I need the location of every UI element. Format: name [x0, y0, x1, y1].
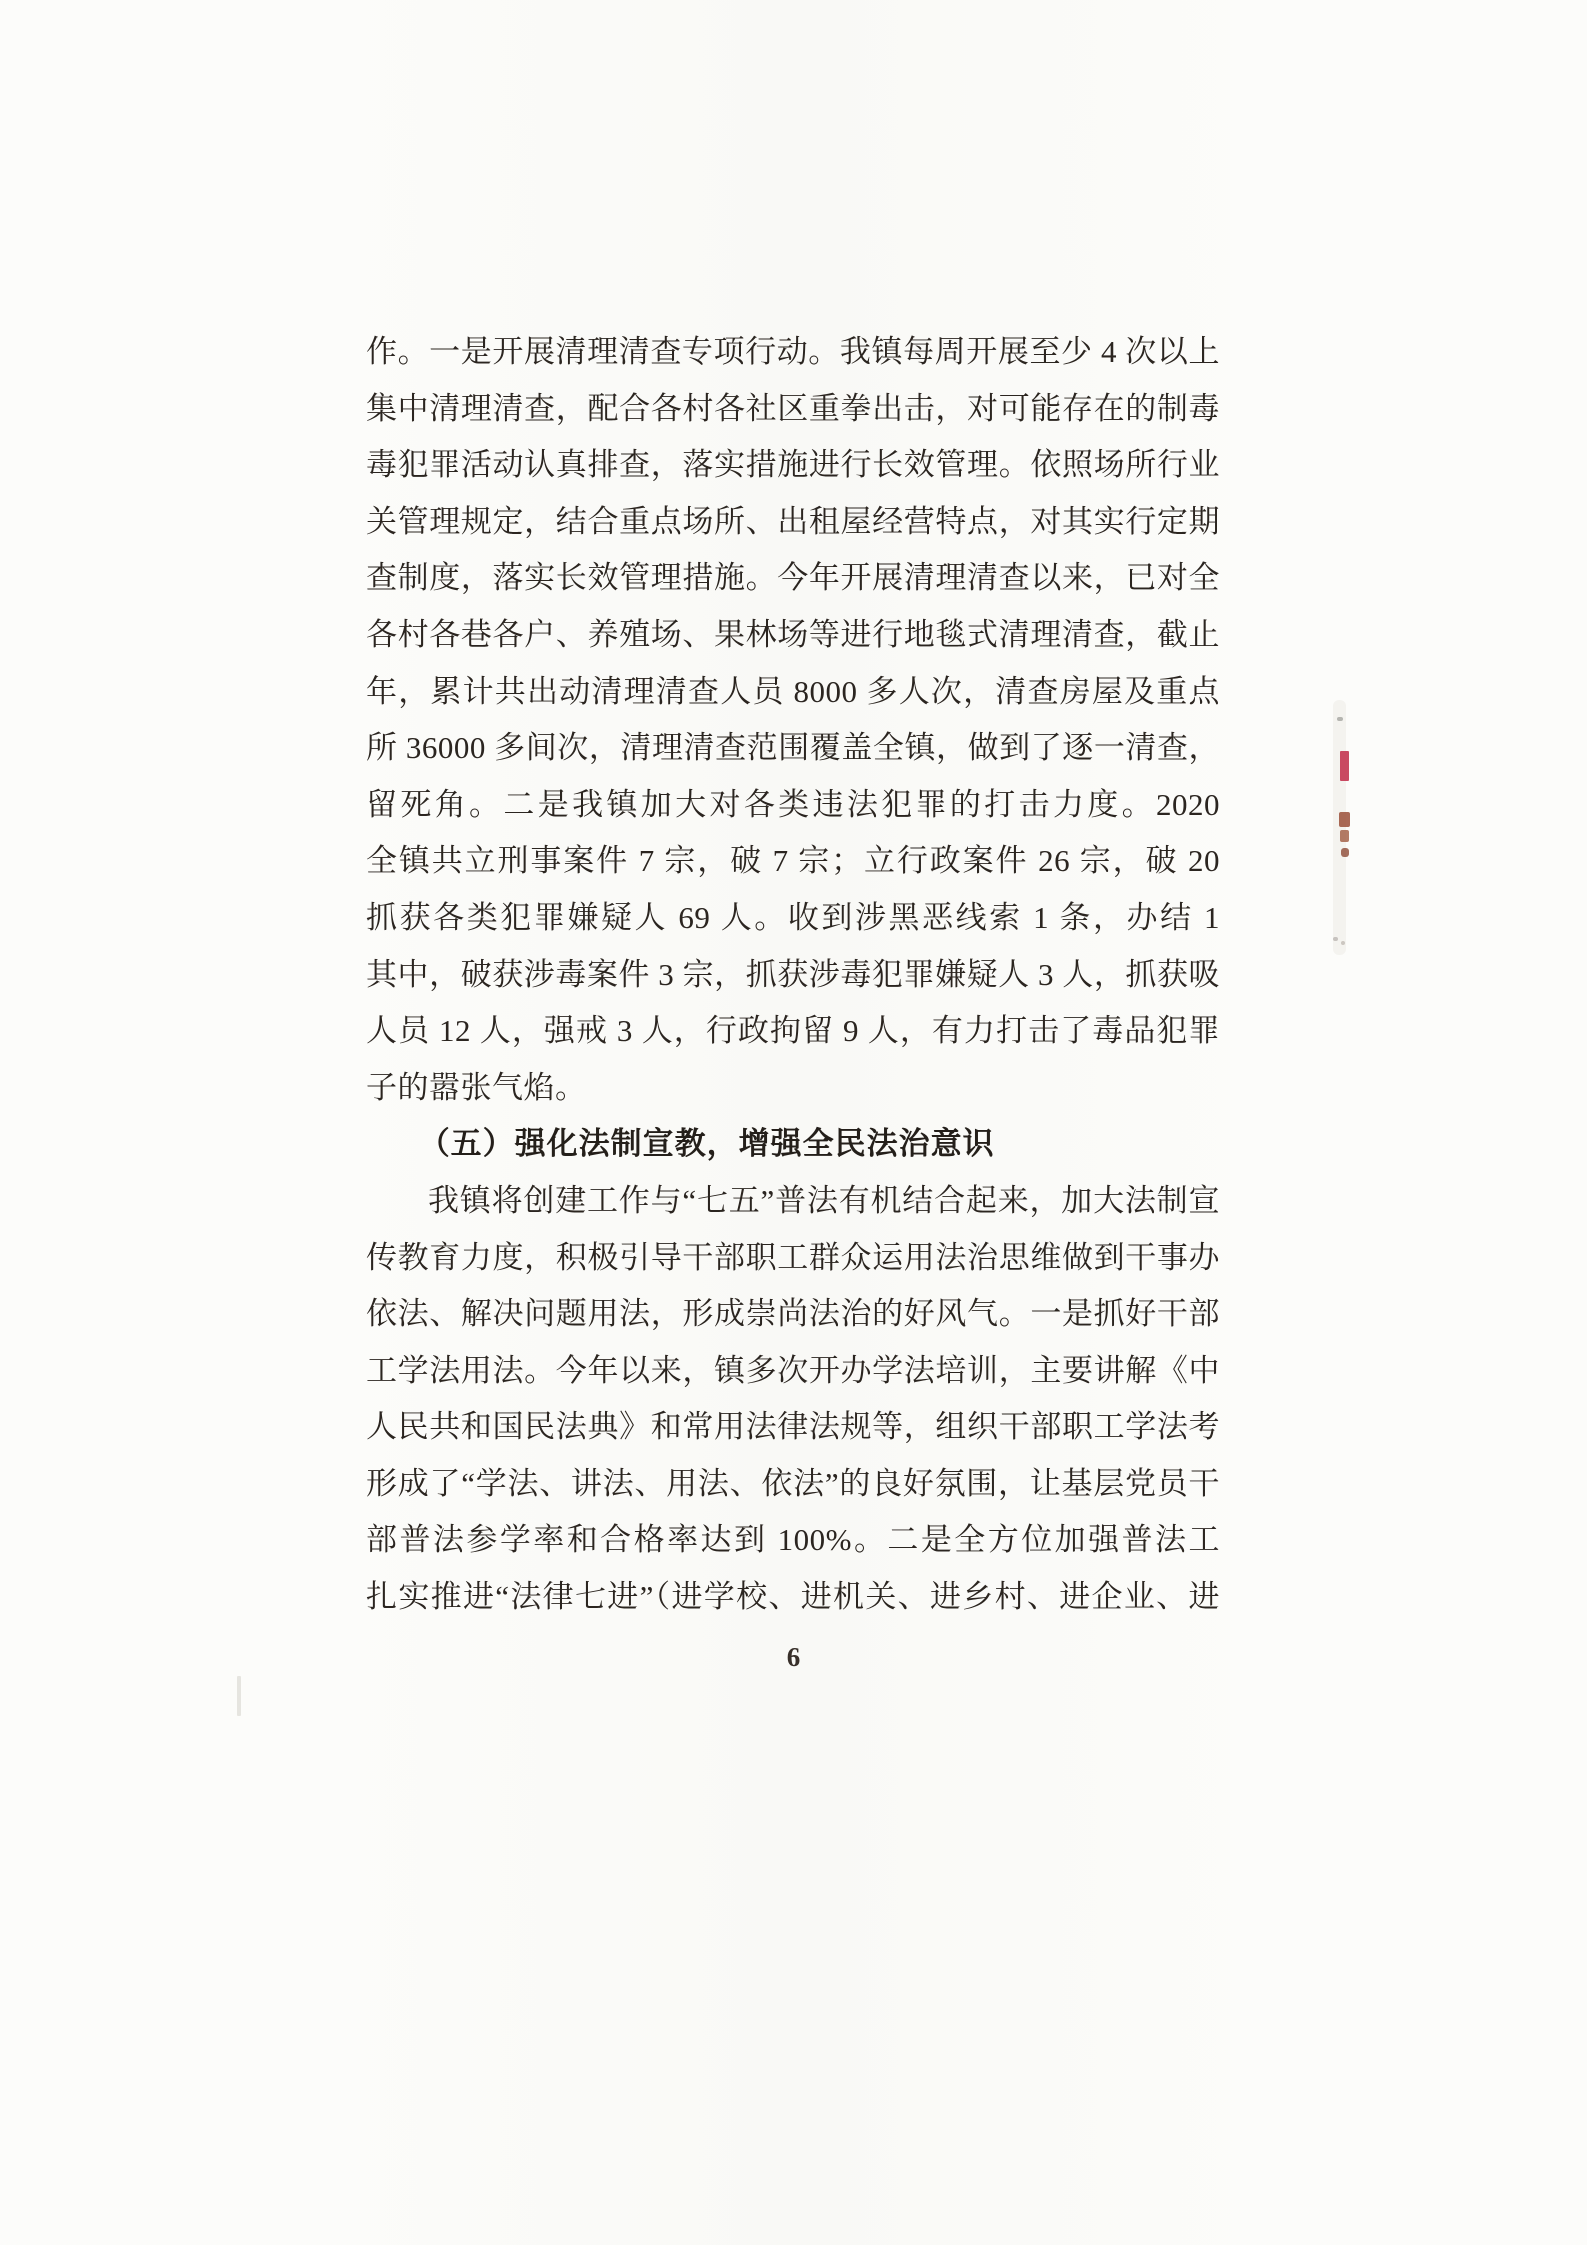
text-line: 留死角。二是我镇加大对各类违法犯罪的打击力度。2020 年， [366, 777, 1220, 834]
section-heading: （五）强化法制宣教，增强全民法治意识 [366, 1116, 1220, 1173]
document-body: 作。一是开展清理清查专项行动。我镇每周开展至少 4 次以上的集中清理清查，配合各… [366, 324, 1220, 1626]
text-line: 扎实推进“法律七进”（进学校、进机关、进乡村、进企业、进 [366, 1569, 1220, 1626]
text-line: 抓获各类犯罪嫌疑人 69 人。收到涉黑恶线索 1 条，办结 1 条。 [366, 890, 1220, 947]
text-line: 毒犯罪活动认真排查，落实措施进行长效管理。依照场所行业有 [366, 437, 1220, 494]
text-line: 作。一是开展清理清查专项行动。我镇每周开展至少 4 次以上的 [366, 324, 1220, 381]
text-line: 关管理规定，结合重点场所、出租屋经营特点，对其实行定期检 [366, 494, 1220, 551]
text-line: 工学法用法。今年以来，镇多次开办学法培训，主要讲解《中华 [366, 1343, 1220, 1400]
text-line: 人员 12 人，强戒 3 人，行政拘留 9 人，有力打击了毒品犯罪分 [366, 1003, 1220, 1060]
scan-mark-red [1340, 751, 1349, 781]
text-line: 我镇将创建工作与“七五”普法有机结合起来，加大法制宣 [366, 1173, 1220, 1230]
scan-fold-left [237, 1676, 241, 1716]
text-line: 其中，破获涉毒案件 3 宗，抓获涉毒犯罪嫌疑人 3 人，抓获吸毒 [366, 947, 1220, 1004]
page-number: 6 [0, 1642, 1587, 1673]
text-line: 人民共和国民法典》和常用法律法规等，组织干部职工学法考试， [366, 1399, 1220, 1456]
scan-mark-brown-3 [1341, 848, 1349, 857]
scan-mark-brown-1 [1339, 812, 1350, 827]
text-line: 子的嚣张气焰。 [366, 1060, 1220, 1117]
text-line: 查制度，落实长效管理措施。今年开展清理清查以来，已对全镇 [366, 550, 1220, 607]
text-line: 部普法参学率和合格率达到 100%。二是全方位加强普法工作。 [366, 1512, 1220, 1569]
scan-streak-right [1333, 700, 1346, 955]
text-line: 集中清理清查，配合各村各社区重拳出击，对可能存在的制毒贩 [366, 381, 1220, 438]
text-line: 全镇共立刑事案件 7 宗，破 7 宗；立行政案件 26 宗，破 20 宗， [366, 833, 1220, 890]
text-line: 依法、解决问题用法，形成崇尚法治的好风气。一是抓好干部职 [366, 1286, 1220, 1343]
scan-mark-brown-2 [1340, 830, 1349, 842]
text-line: 各村各巷各户、养殖场、果林场等进行地毯式清理清查，截止今 [366, 607, 1220, 664]
text-line: 形成了“学法、讲法、用法、依法”的良好氛围，让基层党员干 [366, 1456, 1220, 1513]
scan-speck-gray-1 [1337, 717, 1343, 721]
scanned-document-page: 作。一是开展清理清查专项行动。我镇每周开展至少 4 次以上的集中清理清查，配合各… [0, 0, 1587, 2245]
text-line: 所 36000 多间次，清理清查范围覆盖全镇，做到了逐一清查，不 [366, 720, 1220, 777]
text-line: 传教育力度，积极引导干部职工群众运用法治思维做到干事办事 [366, 1230, 1220, 1287]
scan-speck-gray-2 [1333, 937, 1338, 941]
text-line: 年，累计共出动清理清查人员 8000 多人次，清查房屋及重点场 [366, 664, 1220, 721]
scan-speck-gray-3 [1341, 941, 1345, 945]
